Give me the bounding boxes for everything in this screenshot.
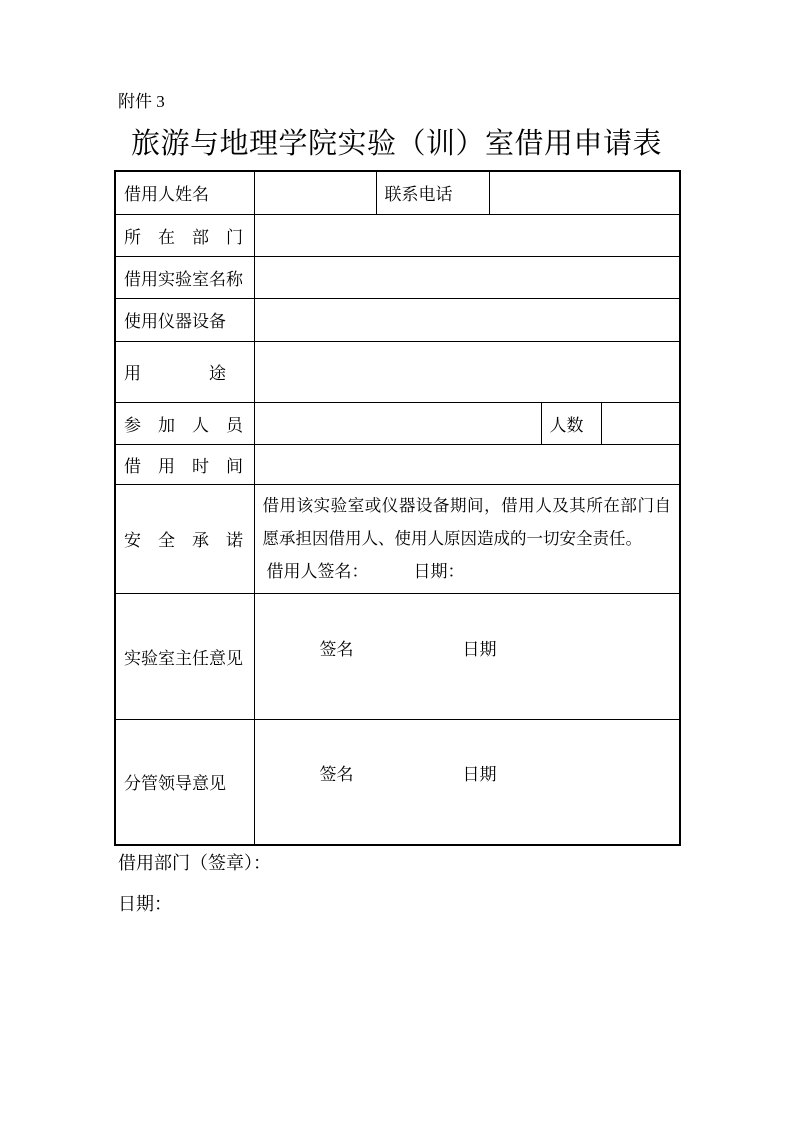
- leader-signature-row: 签名 日期: [263, 764, 672, 799]
- footer-date-label: 日期：: [118, 892, 172, 916]
- lab-director-date-label: 日期: [463, 639, 497, 661]
- table-row: 所 在 部 门: [115, 214, 680, 256]
- document-page: 附件 3 旅游与地理学院实验（训）室借用申请表 借用人姓名 联系电话 所 在 部…: [0, 0, 793, 1122]
- borrowing-department-seal-label: 借用部门（签章）：: [118, 851, 271, 875]
- safety-signature-row: 借用人签名： 日期：: [263, 555, 672, 588]
- contact-phone-input-cell[interactable]: [489, 171, 680, 214]
- table-row: 用 途: [115, 341, 680, 402]
- table-row: 参 加 人 员 人数: [115, 402, 680, 444]
- safety-signature-label: 借用人签名：: [267, 555, 369, 588]
- participants-label: 参 加 人 员: [115, 402, 254, 444]
- leader-opinion-cell[interactable]: 签名 日期: [254, 719, 680, 845]
- table-row: 使用仪器设备: [115, 298, 680, 341]
- table-row: 借用实验室名称: [115, 256, 680, 298]
- table-row: 借 用 时 间: [115, 444, 680, 484]
- purpose-label: 用 途: [115, 341, 254, 402]
- headcount-label: 人数: [541, 402, 601, 444]
- table-row: 借用人姓名 联系电话: [115, 171, 680, 214]
- department-label: 所 在 部 门: [115, 214, 254, 256]
- equipment-label: 使用仪器设备: [115, 298, 254, 341]
- attachment-number-label: 附件 3: [118, 90, 165, 114]
- lab-director-signature-label: 签名: [320, 639, 354, 661]
- leader-signature-label: 签名: [320, 764, 354, 786]
- contact-phone-label: 联系电话: [376, 171, 489, 214]
- borrower-name-input-cell[interactable]: [254, 171, 376, 214]
- lab-director-signature-row: 签名 日期: [263, 639, 672, 674]
- application-form-table: 借用人姓名 联系电话 所 在 部 门 借用实验室名称 使用仪器设备 用 途: [114, 170, 681, 846]
- safety-pledge-statement: 借用该实验室或仪器设备期间，借用人及其所在部门自愿承担因借用人、使用人原因造成的…: [263, 489, 672, 555]
- lab-director-opinion-label: 实验室主任意见: [115, 593, 254, 719]
- participants-input-cell[interactable]: [254, 402, 541, 444]
- form-title: 旅游与地理学院实验（训）室借用申请表: [0, 125, 793, 163]
- table-row: 分管领导意见 签名 日期: [115, 719, 680, 845]
- lab-director-opinion-cell[interactable]: 签名 日期: [254, 593, 680, 719]
- borrow-time-input-cell[interactable]: [254, 444, 680, 484]
- borrow-time-label: 借 用 时 间: [115, 444, 254, 484]
- safety-pledge-label: 安 全 承 诺: [115, 484, 254, 593]
- borrower-name-label: 借用人姓名: [115, 171, 254, 214]
- purpose-input-cell[interactable]: [254, 341, 680, 402]
- table-row: 实验室主任意见 签名 日期: [115, 593, 680, 719]
- safety-pledge-cell[interactable]: 借用该实验室或仪器设备期间，借用人及其所在部门自愿承担因借用人、使用人原因造成的…: [254, 484, 680, 593]
- headcount-input-cell[interactable]: [601, 402, 680, 444]
- lab-name-label: 借用实验室名称: [115, 256, 254, 298]
- lab-name-input-cell[interactable]: [254, 256, 680, 298]
- table-row: 安 全 承 诺 借用该实验室或仪器设备期间，借用人及其所在部门自愿承担因借用人、…: [115, 484, 680, 593]
- leader-opinion-label: 分管领导意见: [115, 719, 254, 845]
- department-input-cell[interactable]: [254, 214, 680, 256]
- safety-date-label: 日期：: [414, 555, 465, 588]
- equipment-input-cell[interactable]: [254, 298, 680, 341]
- leader-date-label: 日期: [463, 764, 497, 786]
